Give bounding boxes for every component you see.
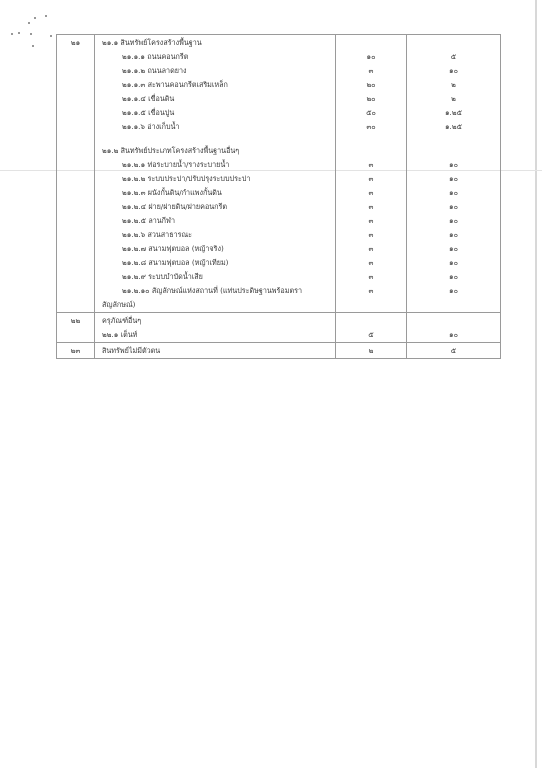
value-cell: ๑๐ <box>407 200 500 214</box>
list-item: ๒๑.๒.๑ ท่อระบายน้ำ/รางระบายน้ำ <box>102 158 335 172</box>
value-cell: ๓ <box>336 270 406 284</box>
list-item: ๒๑.๑.๓ สะพานคอนกรีตเสริมเหล็ก <box>102 78 335 92</box>
value-cell: ๒ <box>336 343 407 359</box>
value-cell: ๓๐ <box>336 120 406 134</box>
scan-dot <box>30 33 32 35</box>
value-cell: ๑๐ <box>407 172 500 186</box>
scan-dot <box>45 15 47 17</box>
value-cell: ๕๐ <box>336 106 406 120</box>
row-number: ๒๒ <box>57 313 95 343</box>
section-heading: ๒๑.๑ สินทรัพย์โครงสร้างพื้นฐาน <box>102 36 335 50</box>
list-item: ๒๑.๑.๒ ถนนลาดยาง <box>102 64 335 78</box>
value-cell: ๒ <box>407 92 500 106</box>
section-heading: ครุภัณฑ์อื่นๆ <box>102 314 335 328</box>
row-description: ครุภัณฑ์อื่นๆ ๒๒.๑ เต็นท์ <box>95 313 336 343</box>
value-cell: ๑๐ <box>407 256 500 270</box>
row-description: สินทรัพย์ไม่มีตัวตน <box>95 343 336 359</box>
row-number: ๒๓ <box>57 343 95 359</box>
scan-dot <box>28 22 30 24</box>
value-cell: ๑๐ <box>407 284 500 298</box>
list-item: ๒๑.๒.๑๐ สัญลักษณ์แห่งสถานที่ (แท่นประดิษ… <box>102 284 335 298</box>
section-heading: ๒๑.๒ สินทรัพย์ประเภทโครงสร้างพื้นฐานอื่น… <box>102 144 335 158</box>
value-cell: ๑๐ <box>407 214 500 228</box>
row-description: ๒๑.๑ สินทรัพย์โครงสร้างพื้นฐาน ๒๑.๑.๑ ถน… <box>95 35 336 313</box>
list-item: ๒๑.๑.๖ อ่างเก็บน้ำ <box>102 120 335 134</box>
rate-column: ๑๐ <box>407 313 501 343</box>
value-cell: ๑๐ <box>407 270 500 284</box>
list-item: ๒๑.๒.๒ ระบบประปา/ปรับปรุงระบบประปา <box>102 172 335 186</box>
value-cell: ๓ <box>336 242 406 256</box>
value-cell: ๓ <box>336 186 406 200</box>
value-cell: ๒ <box>407 78 500 92</box>
value-cell: ๑.๒๕ <box>407 106 500 120</box>
row-number: ๒๑ <box>57 35 95 313</box>
list-item: ๒๒.๑ เต็นท์ <box>102 328 335 342</box>
scan-dot <box>18 32 20 34</box>
list-item: ๒๑.๒.๖ สวนสาธารณะ <box>102 228 335 242</box>
useful-life-column: ๕ <box>336 313 407 343</box>
rate-column: ๕ ๑๐ ๒ ๒ ๑.๒๕ ๑.๒๕ ๑๐ ๑๐ ๑๐ ๑๐ ๑๐ ๑๐ ๑๐ … <box>407 35 501 313</box>
value-cell: ๓ <box>336 214 406 228</box>
value-cell: ๓ <box>336 284 406 298</box>
list-item: ๒๑.๒.๘ สนามฟุตบอล (หญ้าเทียม) <box>102 256 335 270</box>
table-row: ๒๒ ครุภัณฑ์อื่นๆ ๒๒.๑ เต็นท์ ๕ ๑๐ <box>57 313 501 343</box>
list-item: ๒๑.๑.๕ เขื่อนปูน <box>102 106 335 120</box>
scan-dot <box>34 17 36 19</box>
list-item: ๒๑.๒.๙ ระบบบำบัดน้ำเสีย <box>102 270 335 284</box>
list-item: ๒๑.๒.๓ ผนังกั้นดิน/กำแพงกั้นดิน <box>102 186 335 200</box>
value-cell: ๑๐ <box>407 228 500 242</box>
page-edge <box>535 0 537 768</box>
table-row: ๒๑ ๒๑.๑ สินทรัพย์โครงสร้างพื้นฐาน ๒๑.๑.๑… <box>57 35 501 313</box>
list-item: ๒๑.๑.๔ เขื่อนดิน <box>102 92 335 106</box>
value-cell: ๑๐ <box>407 328 500 342</box>
list-item: ๒๑.๑.๑ ถนนคอนกรีต <box>102 50 335 64</box>
depreciation-table: ๒๑ ๒๑.๑ สินทรัพย์โครงสร้างพื้นฐาน ๒๑.๑.๑… <box>56 34 501 359</box>
value-cell: ๓ <box>336 158 406 172</box>
value-cell: ๑๐ <box>407 242 500 256</box>
list-item: ๒๑.๒.๕ ลานกีฬา <box>102 214 335 228</box>
value-cell: ๑๐ <box>336 50 406 64</box>
value-cell: ๑๐ <box>407 186 500 200</box>
list-item: ๒๑.๒.๗ สนามฟุตบอล (หญ้าจริง) <box>102 242 335 256</box>
value-cell: ๓ <box>336 172 406 186</box>
value-cell: ๓ <box>336 256 406 270</box>
list-item-continuation: สัญลักษณ์) <box>102 298 335 312</box>
value-cell: ๓ <box>336 228 406 242</box>
value-cell: ๕ <box>407 343 501 359</box>
value-cell: ๒๐ <box>336 78 406 92</box>
table-row: ๒๓ สินทรัพย์ไม่มีตัวตน ๒ ๕ <box>57 343 501 359</box>
value-cell: ๕ <box>407 50 500 64</box>
scan-dot <box>11 33 13 35</box>
value-cell: ๑๐ <box>407 64 500 78</box>
value-cell: ๕ <box>336 328 406 342</box>
scan-dot <box>50 35 52 37</box>
value-cell: ๑.๒๕ <box>407 120 500 134</box>
value-cell: ๓ <box>336 200 406 214</box>
value-cell: ๓ <box>336 64 406 78</box>
list-item: ๒๑.๒.๔ ฝาย/ฝายดิน/ฝายคอนกรีต <box>102 200 335 214</box>
scan-dot <box>32 45 34 47</box>
useful-life-column: ๑๐ ๓ ๒๐ ๒๐ ๕๐ ๓๐ ๓ ๓ ๓ ๓ ๓ ๓ ๓ ๓ ๓ ๓ <box>336 35 407 313</box>
value-cell: ๑๐ <box>407 158 500 172</box>
value-cell: ๒๐ <box>336 92 406 106</box>
